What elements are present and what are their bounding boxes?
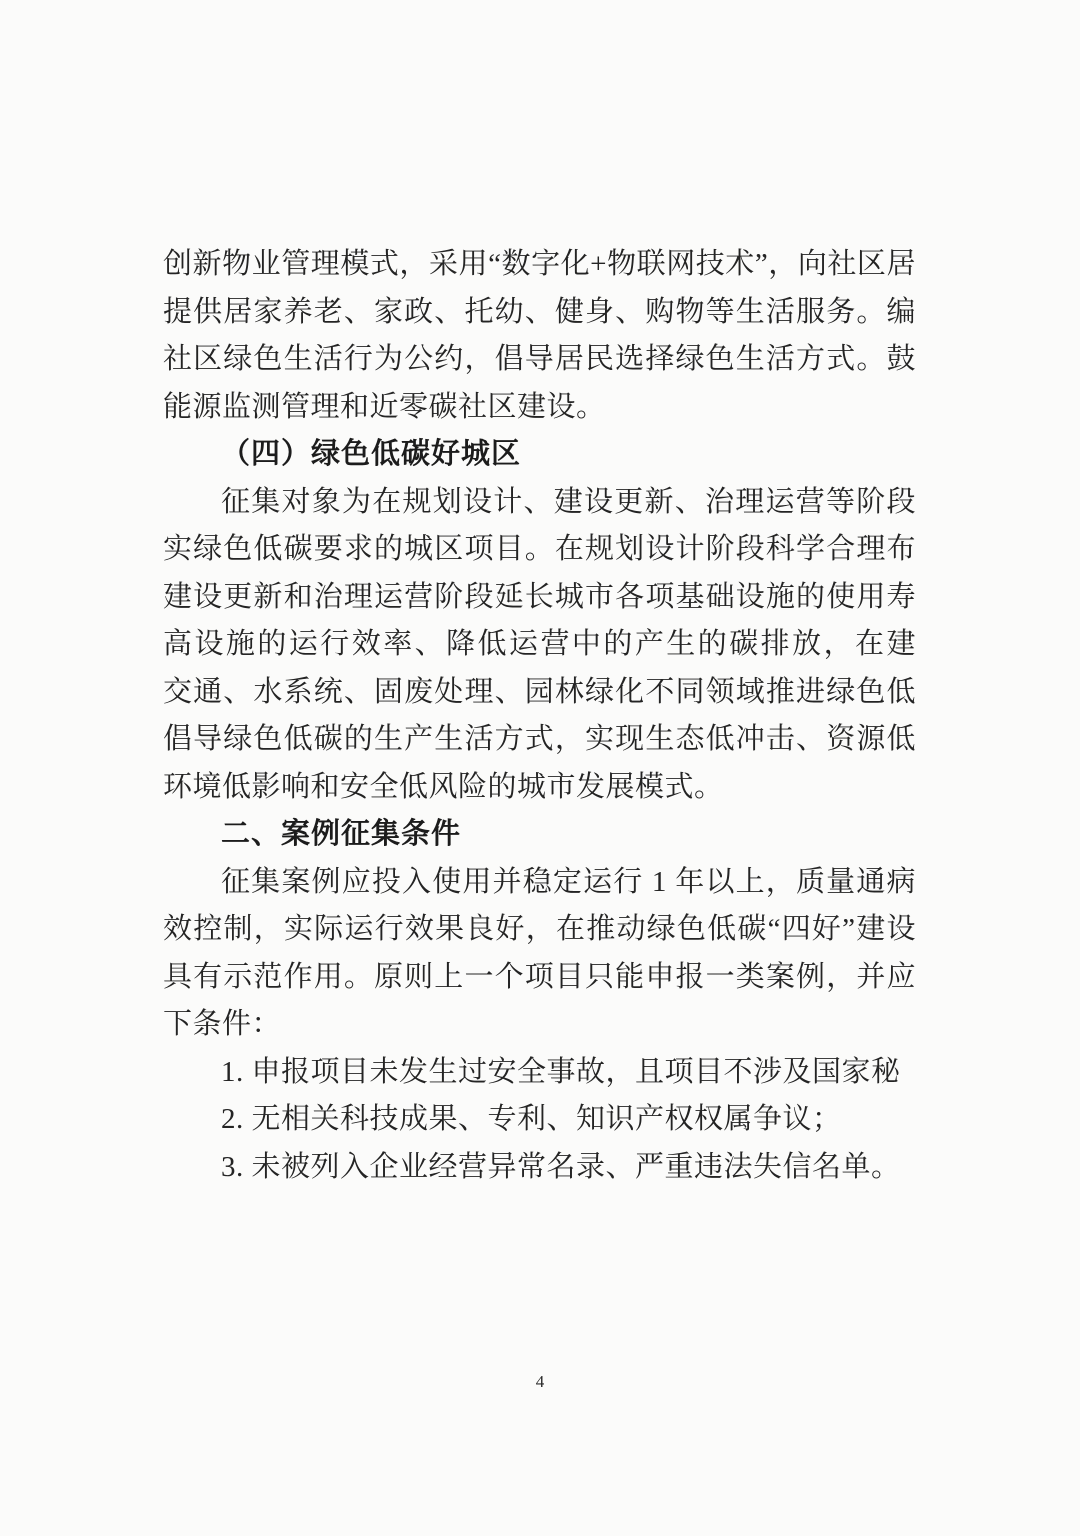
paragraph-line: 提供居家养老、家政、托幼、健身、购物等生活服务。编制发布 bbox=[163, 289, 916, 337]
page-footer: 4 bbox=[0, 1372, 1080, 1392]
paragraph-line: 实绿色低碳要求的城区项目。在规划设计阶段科学合理布局，在 bbox=[163, 526, 916, 574]
paragraph-line: 征集对象为在规划设计、建设更新、治理运营等阶段全面落 bbox=[163, 479, 916, 527]
page-number: 4 bbox=[536, 1372, 545, 1391]
paragraph-line: 创新物业管理模式，采用“数字化+物联网技术”，向社区居民 bbox=[163, 241, 916, 289]
paragraph-line: 环境低影响和安全低风险的城市发展模式。 bbox=[163, 764, 916, 812]
list-item-1: 1. 申报项目未发生过安全事故，且项目不涉及国家秘密； bbox=[163, 1049, 916, 1097]
paragraph-line: 具有示范作用。原则上一个项目只能申报一类案例，并应符合以 bbox=[163, 954, 916, 1002]
paragraph-line: 能源监测管理和近零碳社区建设。 bbox=[163, 384, 916, 432]
section-heading-2: 二、案例征集条件 bbox=[163, 811, 916, 859]
paragraph-line: 高设施的运行效率、降低运营中的产生的碳排放，在建筑、能源、 bbox=[163, 621, 916, 669]
document-page: 创新物业管理模式，采用“数字化+物联网技术”，向社区居民 提供居家养老、家政、托… bbox=[0, 0, 1080, 1536]
paragraph-line: 征集案例应投入使用并稳定运行 1 年以上，质量通病得到有 bbox=[163, 859, 916, 907]
paragraph-line: 社区绿色生活行为公约，倡导居民选择绿色生活方式。鼓励探索 bbox=[163, 336, 916, 384]
text-block: 创新物业管理模式，采用“数字化+物联网技术”，向社区居民 提供居家养老、家政、托… bbox=[163, 241, 916, 1191]
paragraph-line: 倡导绿色低碳的生产生活方式，实现生态低冲击、资源低消耗、 bbox=[163, 716, 916, 764]
paragraph-line: 交通、水系统、固废处理、园林绿化不同领域推进绿色低碳发展。 bbox=[163, 669, 916, 717]
paragraph-line: 效控制，实际运行效果良好，在推动绿色低碳“四好”建设方面 bbox=[163, 906, 916, 954]
paragraph-line: 下条件： bbox=[163, 1001, 916, 1049]
list-item-3: 3. 未被列入企业经营异常名录、严重违法失信名单。 bbox=[163, 1144, 916, 1192]
paragraph-line: 建设更新和治理运营阶段延长城市各项基础设施的使用寿命，提 bbox=[163, 574, 916, 622]
section-heading-4: （四）绿色低碳好城区 bbox=[163, 431, 916, 479]
list-item-2: 2. 无相关科技成果、专利、知识产权权属争议； bbox=[163, 1096, 916, 1144]
